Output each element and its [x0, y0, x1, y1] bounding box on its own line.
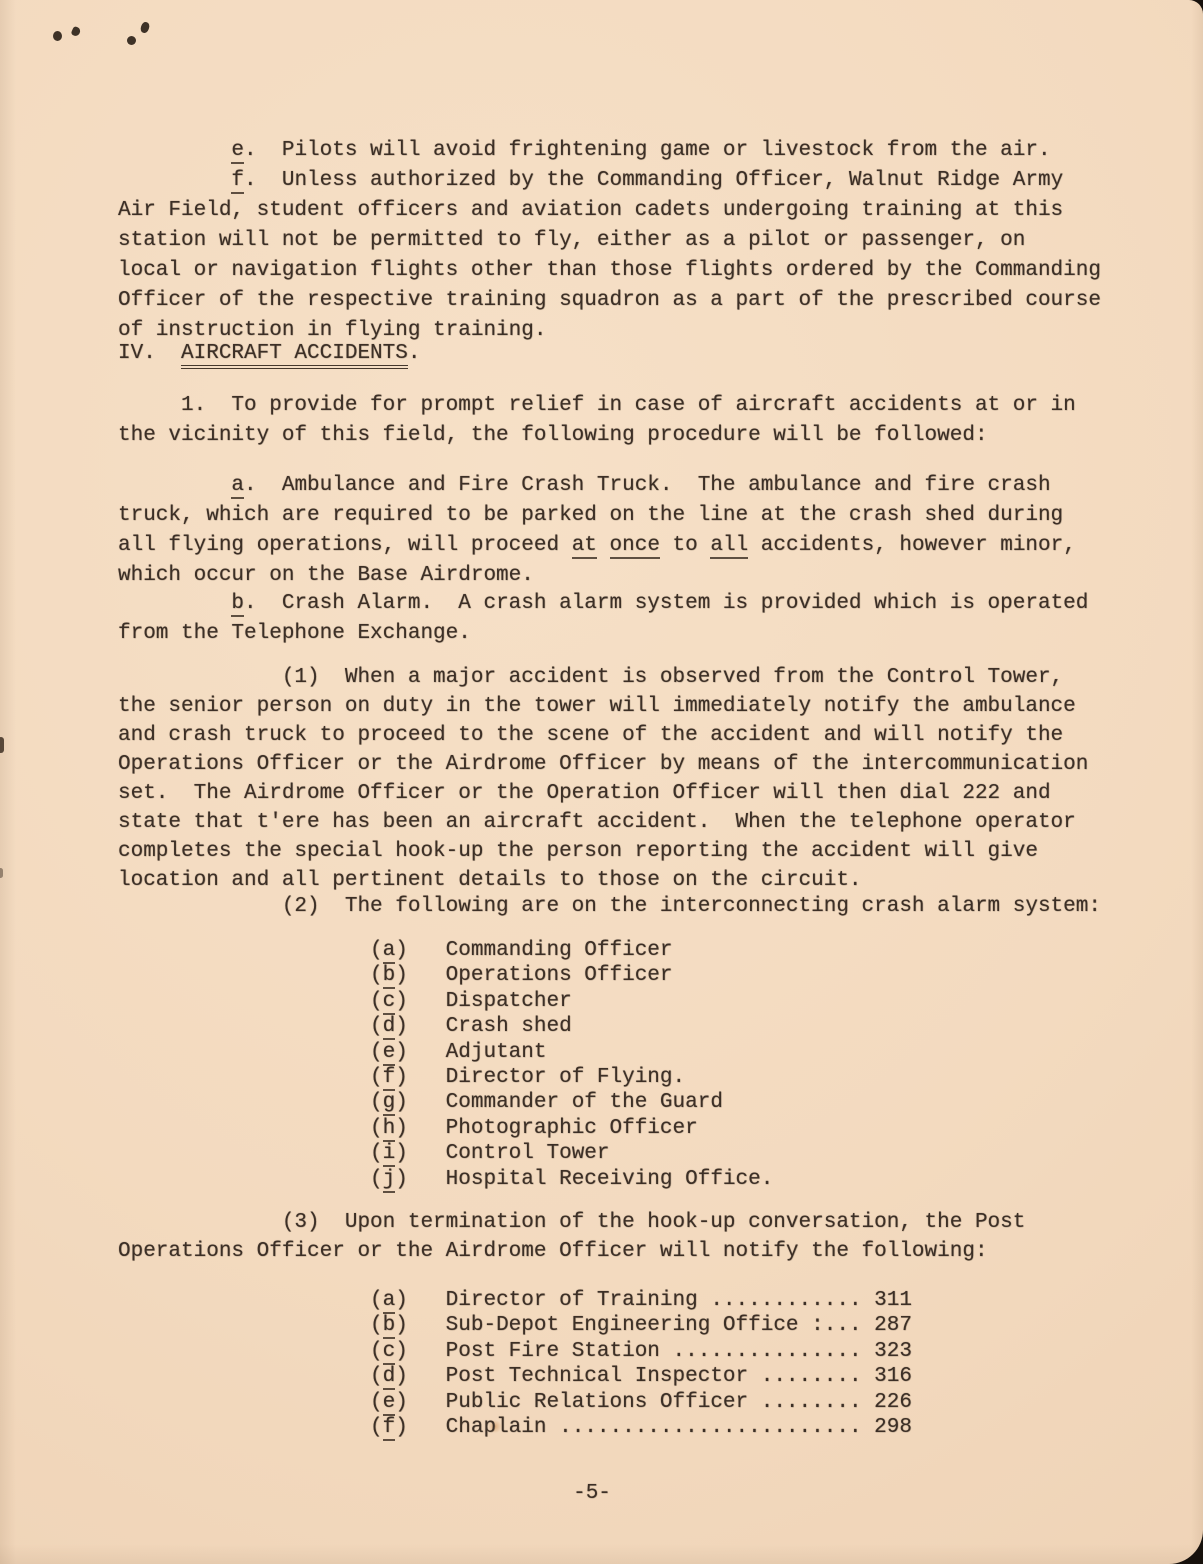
text-line: (d) Crash shed	[118, 1014, 773, 1039]
text-line: station will not be permitted to fly, ei…	[118, 226, 1101, 256]
text-line: (1) When a major accident is observed fr…	[118, 663, 1088, 692]
text-line: IV. AIRCRAFT ACCIDENTS.	[118, 339, 420, 369]
text-line: completes the special hook-up the person…	[118, 837, 1088, 866]
paragraph-pilots-rules: e. Pilots will avoid frightening game or…	[118, 136, 1101, 346]
ink-dot	[53, 31, 62, 41]
edge-mark	[0, 868, 3, 878]
ink-dot	[127, 36, 136, 45]
text-line: Operations Officer or the Airdrome Offic…	[118, 1237, 1025, 1266]
paragraph-3-intro: (3) Upon termination of the hook-up conv…	[118, 1208, 1025, 1266]
text-line: Air Field, student officers and aviation…	[118, 196, 1101, 226]
text-line: (a) Director of Training ............ 31…	[118, 1288, 912, 1313]
text-line: and crash truck to proceed to the scene …	[118, 721, 1088, 750]
edge-mark	[0, 737, 4, 753]
text-line: (a) Commanding Officer	[118, 938, 773, 963]
document-page: e. Pilots will avoid frightening game or…	[0, 0, 1203, 1564]
text-line: Officer of the respective training squad…	[118, 286, 1101, 316]
text-line: truck, which are required to be parked o…	[118, 501, 1076, 531]
text-line: all flying operations, will proceed at o…	[118, 531, 1076, 561]
text-line: which occur on the Base Airdrome.	[118, 561, 1076, 591]
text-line: (b) Operations Officer	[118, 963, 773, 988]
text-line: (e) Public Relations Officer ........ 22…	[118, 1390, 912, 1415]
text-line: state that t'ere has been an aircraft ac…	[118, 808, 1088, 837]
text-line: e. Pilots will avoid frightening game or…	[118, 136, 1101, 166]
crash-alarm-roster-list: (a) Commanding Officer (b) Operations Of…	[118, 938, 773, 1192]
ink-dot	[71, 26, 82, 37]
paragraph-1-major-accident: (1) When a major accident is observed fr…	[118, 663, 1088, 895]
notify-directory-list: (a) Director of Training ............ 31…	[118, 1288, 912, 1440]
text-line: (3) Upon termination of the hook-up conv…	[118, 1208, 1025, 1237]
text-line: (i) Control Tower	[118, 1141, 773, 1166]
text-line: (b) Sub-Depot Engineering Office :... 28…	[118, 1313, 912, 1338]
text-line: location and all pertinent details to th…	[118, 866, 1088, 895]
text-line: set. The Airdrome Officer or the Operati…	[118, 779, 1088, 808]
paragraph-2-intro: (2) The following are on the interconnec…	[118, 892, 1101, 921]
text-line: (g) Commander of the Guard	[118, 1090, 773, 1115]
paragraph-1-prompt-relief: 1. To provide for prompt relief in case …	[118, 391, 1076, 451]
text-line: (h) Photographic Officer	[118, 1116, 773, 1141]
text-line: f. Unless authorized by the Commanding O…	[118, 166, 1101, 196]
text-line: (f) Director of Flying.	[118, 1065, 773, 1090]
paragraph-a-ambulance-fire-crash-truck: a. Ambulance and Fire Crash Truck. The a…	[118, 471, 1076, 591]
text-line: (d) Post Technical Inspector ........ 31…	[118, 1364, 912, 1389]
text-line: 1. To provide for prompt relief in case …	[118, 391, 1076, 421]
text-line: (e) Adjutant	[118, 1040, 773, 1065]
text-line: from the Telephone Exchange.	[118, 619, 1088, 649]
text-line: (c) Dispatcher	[118, 989, 773, 1014]
text-line: (c) Post Fire Station ............... 32…	[118, 1339, 912, 1364]
text-line: a. Ambulance and Fire Crash Truck. The a…	[118, 471, 1076, 501]
ink-dot	[139, 21, 150, 34]
text-line: the senior person on duty in the tower w…	[118, 692, 1088, 721]
text-line: (2) The following are on the interconnec…	[118, 892, 1101, 921]
text-line: local or navigation flights other than t…	[118, 256, 1101, 286]
text-line: b. Crash Alarm. A crash alarm system is …	[118, 589, 1088, 619]
text-line: the vicinity of this field, the followin…	[118, 421, 1076, 451]
text-line: (j) Hospital Receiving Office.	[118, 1167, 773, 1192]
heading-aircraft-accidents: IV. AIRCRAFT ACCIDENTS.	[118, 339, 420, 369]
text-line: Operations Officer or the Airdrome Offic…	[118, 750, 1088, 779]
text-line: (f) Chaplain ........................ 29…	[118, 1415, 912, 1440]
paragraph-b-crash-alarm: b. Crash Alarm. A crash alarm system is …	[118, 589, 1088, 649]
page-number: -5-	[0, 1482, 1184, 1505]
